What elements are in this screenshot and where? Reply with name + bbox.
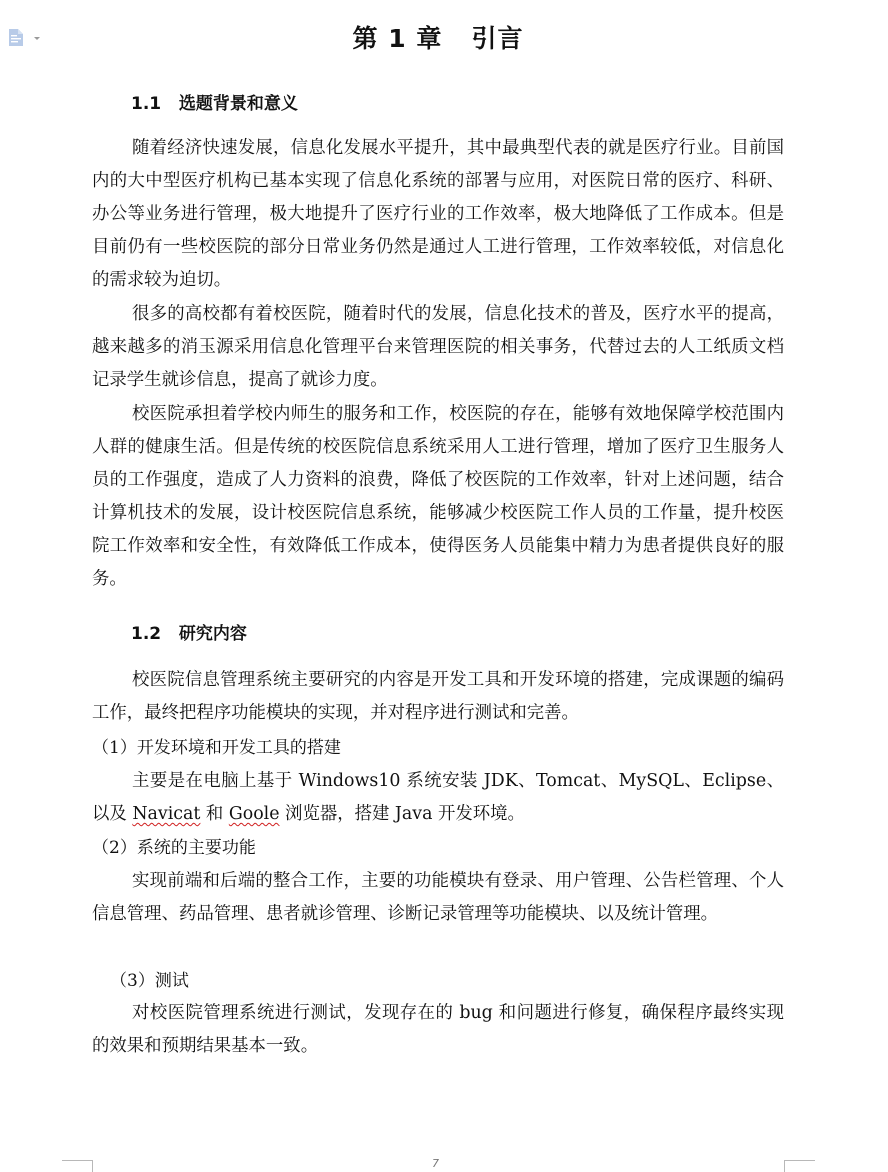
- spellcheck-word-goole[interactable]: Goole: [229, 804, 280, 824]
- section-heading-1-2: 1.2 研究内容: [131, 622, 247, 646]
- page-corner-mark-left: [62, 1160, 93, 1172]
- paragraph-background-1: 随着经济快速发展，信息化发展水平提升，其中最典型代表的就是医疗行业。目前国内的大…: [92, 132, 784, 297]
- paragraph-background-2: 很多的高校都有着校医院，随着时代的发展，信息化技术的普及，医疗水平的提高，越来越…: [92, 298, 784, 397]
- list-item-text-1-part3: 浏览器，搭建 Java 开发环境。: [280, 804, 525, 824]
- paragraph-background-3: 校医院承担着学校内师生的服务和工作，校医院的存在，能够有效地保障学校范围内人群的…: [92, 398, 784, 596]
- chapter-title: 第 1 章 引言: [0, 22, 876, 56]
- page-corner-mark-right: [784, 1160, 815, 1172]
- spellcheck-word-navicat[interactable]: Navicat: [132, 804, 200, 824]
- list-item-text-1: 主要是在电脑上基于 Windows10 系统安装 JDK、Tomcat、MySQ…: [92, 765, 784, 831]
- list-item-text-1-part2: 和: [200, 804, 228, 824]
- list-item-label-3: （3）测试: [110, 969, 189, 993]
- list-item-text-2: 实现前端和后端的整合工作，主要的功能模块有登录、用户管理、公告栏管理、个人信息管…: [92, 865, 784, 931]
- list-item-label-2: （2）系统的主要功能: [92, 836, 256, 860]
- page-number: 7: [432, 1157, 439, 1170]
- list-item-text-3: 对校医院管理系统进行测试，发现存在的 bug 和问题进行修复，确保程序最终实现的…: [92, 997, 784, 1063]
- paragraph-research-intro: 校医院信息管理系统主要研究的内容是开发工具和开发环境的搭建，完成课题的编码工作，…: [92, 664, 784, 730]
- list-item-label-1: （1）开发环境和开发工具的搭建: [92, 736, 341, 760]
- section-heading-1-1: 1.1 选题背景和意义: [131, 92, 298, 116]
